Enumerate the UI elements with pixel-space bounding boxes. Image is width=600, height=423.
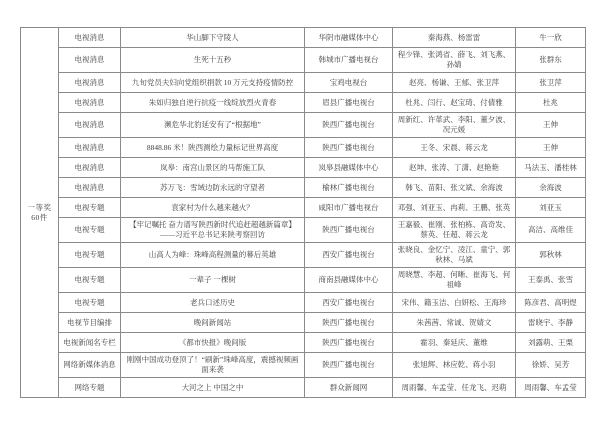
cell-broadcast-organization: 商南县融媒体中心 [305,268,393,293]
cell-entry-category: 电视消息 [59,158,121,178]
cell-entry-title: 【牢记嘱托 奋力谱写陕西新时代追赶超越新篇章】——习近平总书记来陕考察回访 [121,218,305,243]
cell-entry-title: 袁家村为什么越来越火？ [121,198,305,218]
cell-broadcast-organization: 陕西广播电视台 [305,113,393,138]
awards-table-body: 一等奖60件电视消息华山脚下守陵人华阴市融媒体中心秦海燕、杨雷雷牛一欣电视消息生… [21,28,586,398]
table-row: 电视消息8848.86 米！陕西测绘力量标记世界高度陕西广播电视台王冬、宋晨、蒋… [21,138,586,158]
table-row: 电视消息朱如归独自逆行抗疫一线绽放烈火青春眉县广播电视台杜兆、闫行、赵宝琦、付倩… [21,93,586,113]
cell-entry-title: 大河之上 中国之中 [121,378,305,398]
cell-entry-title: 朱如归独自逆行抗疫一线绽放烈火青春 [121,93,305,113]
cell-creator-names: 朱茜茜、常诚、贺婧文 [393,313,516,333]
cell-broadcast-organization: 眉县广播电视台 [305,93,393,113]
cell-creator-names: 周雨馨、车孟莹、任龙飞、迟萌 [393,378,516,398]
cell-creator-names: 赵坤、张涛、丁潇、赵艳艳 [393,158,516,178]
cell-editor-names: 周雨馨、车孟莹 [516,378,586,398]
awards-table: 一等奖60件电视消息华山脚下守陵人华阴市融媒体中心秦海燕、杨雷雷牛一欣电视消息生… [20,27,586,398]
prize-group-count: 60件 [24,213,55,223]
cell-entry-title: 苏万飞：雪域边防永远的守望者 [121,178,305,198]
cell-editor-names: 刘亚玉 [516,198,586,218]
cell-broadcast-organization: 咸阳市广播电视台 [305,198,393,218]
table-row: 电视消息濒危华北豹延安有了“根据地”陕西广播电视台周新红、许革武、李阳、董夕波、… [21,113,586,138]
cell-creator-names: 赵亮、杨谦、王郁、张卫萍 [393,73,516,93]
cell-entry-category: 电视消息 [59,138,121,158]
cell-entry-category: 电视专题 [59,268,121,293]
cell-entry-title: 九旬党员夫妇向党组织捐款 10 万元支持疫情防控 [121,73,305,93]
cell-entry-title: 岚皋：南宫山景区的马帮施工队 [121,158,305,178]
cell-editor-names: 余海波 [516,178,586,198]
prize-group-cell: 一等奖60件 [21,28,59,398]
cell-broadcast-organization: 华阴市融媒体中心 [305,28,393,48]
cell-entry-title: 《都市快报》晚间版 [121,333,305,353]
table-row: 电视消息生死十五秒韩城市广播电视台程少锋、张鸿省、薛飞、刘飞燕、孙婧张群东 [21,48,586,73]
cell-entry-title: 华山脚下守陵人 [121,28,305,48]
table-row: 电视专题袁家村为什么越来越火？咸阳市广播电视台邓强、刘亚玉、冉莉、王鹏、张英刘亚… [21,198,586,218]
cell-broadcast-organization: 宝鸡电视台 [305,73,393,93]
table-row: 电视消息岚皋：南宫山景区的马帮施工队岚皋县融媒体中心赵坤、张涛、丁潇、赵艳艳马法… [21,158,586,178]
cell-broadcast-organization: 陕西广播电视台 [305,138,393,158]
cell-broadcast-organization: 西安广播电视台 [305,243,393,268]
cell-editor-names: 马法玉、潘桂林 [516,158,586,178]
cell-broadcast-organization: 西安广播电视台 [305,293,393,313]
table-row: 网络新媒体消息刚刚中国成功登顶了！“刷新”珠峰高度，震撼视频画面来袭陕西广播电视… [21,353,586,378]
cell-broadcast-organization: 陕西广播电视台 [305,353,393,378]
table-row: 电视消息九旬党员夫妇向党组织捐款 10 万元支持疫情防控宝鸡电视台赵亮、杨谦、王… [21,73,586,93]
cell-editor-names: 徐娇、吴芳 [516,353,586,378]
cell-editor-names: 雷晓宇、李静 [516,313,586,333]
cell-entry-title: 老兵口述历史 [121,293,305,313]
table-row: 电视消息苏万飞：雪域边防永远的守望者榆林广播电视台韩飞、苗阳、张文斌、余海波余海… [21,178,586,198]
cell-creator-names: 张晓良、金忆宁、凌江、童宁、郭秋林、马斌 [393,243,516,268]
table-row: 网络专题大河之上 中国之中群众新闻网周雨馨、车孟莹、任龙飞、迟萌周雨馨、车孟莹 [21,378,586,398]
cell-broadcast-organization: 陕西广播电视台 [305,333,393,353]
cell-entry-category: 网络专题 [59,378,121,398]
cell-creator-names: 霍羽、秦延庆、董维 [393,333,516,353]
cell-entry-title: 生死十五秒 [121,48,305,73]
cell-broadcast-organization: 韩城市广播电视台 [305,48,393,73]
cell-broadcast-organization: 榆林广播电视台 [305,178,393,198]
cell-editor-names: 张群东 [516,48,586,73]
cell-entry-category: 电视消息 [59,113,121,138]
cell-creator-names: 王嘉毅、崔刚、张柏栋、高奇发、蔡英、任超、蒋云龙 [393,218,516,243]
cell-entry-category: 电视节目编排 [59,313,121,333]
cell-editor-names: 牛一欣 [516,28,586,48]
cell-editor-names: 刘露萌、王栗 [516,333,586,353]
cell-entry-category: 电视消息 [59,48,121,73]
table-row: 电视专题老兵口述历史西安广播电视台宋伟、籍玉洁、白妍松、王海珍陈彦君、高明煜 [21,293,586,313]
cell-editor-names: 陈彦君、高明煜 [516,293,586,313]
cell-entry-title: 濒危华北豹延安有了“根据地” [121,113,305,138]
cell-editor-names: 高洁、高维佳 [516,218,586,243]
cell-creator-names: 秦海燕、杨雷雷 [393,28,516,48]
cell-broadcast-organization: 陕西广播电视台 [305,218,393,243]
table-row: 电视新闻名专栏《都市快报》晚间版陕西广播电视台霍羽、秦延庆、董维刘露萌、王栗 [21,333,586,353]
cell-entry-category: 电视消息 [59,28,121,48]
table-row: 一等奖60件电视消息华山脚下守陵人华阴市融媒体中心秦海燕、杨雷雷牛一欣 [21,28,586,48]
cell-entry-category: 网络新媒体消息 [59,353,121,378]
cell-entry-category: 电视新闻名专栏 [59,333,121,353]
cell-entry-title: 山高人为峰：珠峰高程测量的幕后英雄 [121,243,305,268]
cell-editor-names: 张卫萍 [516,73,586,93]
cell-editor-names: 杜兆 [516,93,586,113]
cell-creator-names: 杜兆、闫行、赵宝琦、付倩雅 [393,93,516,113]
cell-broadcast-organization: 岚皋县融媒体中心 [305,158,393,178]
cell-broadcast-organization: 陕西广播电视台 [305,313,393,333]
table-row: 电视专题山高人为峰：珠峰高程测量的幕后英雄西安广播电视台张晓良、金忆宁、凌江、童… [21,243,586,268]
document-page: 一等奖60件电视消息华山脚下守陵人华阴市融媒体中心秦海燕、杨雷雷牛一欣电视消息生… [0,0,600,423]
cell-entry-category: 电视专题 [59,218,121,243]
cell-entry-title: 刚刚中国成功登顶了！“刷新”珠峰高度，震撼视频画面来袭 [121,353,305,378]
cell-broadcast-organization: 群众新闻网 [305,378,393,398]
cell-creator-names: 周晓慧、李超、何晰、崔海飞、何祖峰 [393,268,516,293]
cell-creator-names: 邓强、刘亚玉、冉莉、王鹏、张英 [393,198,516,218]
cell-editor-names: 王泰禹、张雪 [516,268,586,293]
cell-entry-category: 电视消息 [59,73,121,93]
table-row: 电视专题一辈子 一棵树商南县融媒体中心周晓慧、李超、何晰、崔海飞、何祖峰王泰禹、… [21,268,586,293]
cell-entry-title: 晚间新闻站 [121,313,305,333]
cell-creator-names: 韩飞、苗阳、张文斌、余海波 [393,178,516,198]
cell-entry-category: 电视专题 [59,198,121,218]
cell-creator-names: 宋伟、籍玉洁、白妍松、王海珍 [393,293,516,313]
cell-creator-names: 王冬、宋晨、蒋云龙 [393,138,516,158]
prize-group-label: 一等奖 [24,203,55,213]
cell-editor-names: 郭秋林 [516,243,586,268]
cell-creator-names: 张旭辉、林应乾、蒋小羽 [393,353,516,378]
table-row: 电视节目编排晚间新闻站陕西广播电视台朱茜茜、常诚、贺婧文雷晓宇、李静 [21,313,586,333]
cell-entry-category: 电视专题 [59,293,121,313]
cell-entry-category: 电视专题 [59,243,121,268]
cell-editor-names: 王伸 [516,138,586,158]
cell-entry-category: 电视消息 [59,178,121,198]
cell-entry-title: 8848.86 米！陕西测绘力量标记世界高度 [121,138,305,158]
cell-editor-names: 王伸 [516,113,586,138]
cell-entry-title: 一辈子 一棵树 [121,268,305,293]
cell-creator-names: 程少锋、张鸿省、薛飞、刘飞燕、孙婧 [393,48,516,73]
table-row: 电视专题【牢记嘱托 奋力谱写陕西新时代追赶超越新篇章】——习近平总书记来陕考察回… [21,218,586,243]
cell-creator-names: 周新红、许革武、李阳、董夕波、况元媛 [393,113,516,138]
cell-entry-category: 电视消息 [59,93,121,113]
